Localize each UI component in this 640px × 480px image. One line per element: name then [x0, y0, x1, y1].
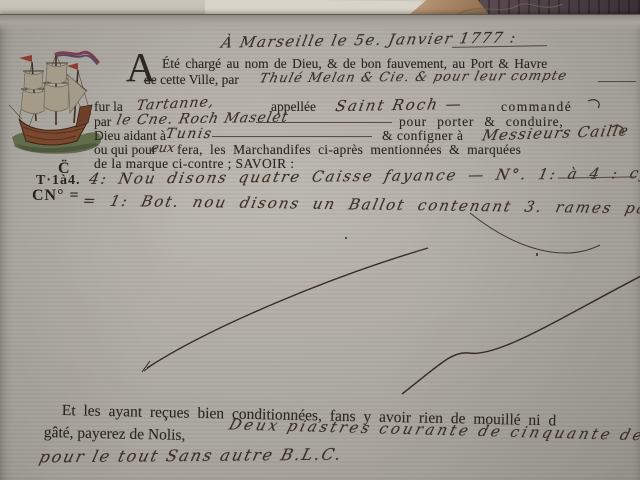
printed-commande: commandé — [501, 99, 572, 115]
hw-destination: Tunis — [165, 126, 214, 142]
hw-closing: pour le tout Sans autre B.L.C. — [37, 445, 345, 467]
footer-printed-2: gâté, payerez de Nolis, — [44, 424, 186, 445]
destination-rule — [212, 136, 372, 137]
mark-line-3: CN° = — [32, 187, 80, 205]
hw-shipper: Thulé Melan & Cie. & pour leur compte — [258, 69, 569, 87]
paper-crease — [0, 15, 640, 33]
ink-speck — [214, 175, 216, 177]
captain-rule — [256, 122, 392, 123]
ink-speck — [536, 253, 538, 256]
hw-freight: Deux piastres courante de cinquante deu — [227, 415, 640, 444]
cargo-line-2: = 1: Bot. nou disons un Ballot contenant… — [81, 191, 640, 218]
shipper-rule — [598, 81, 636, 82]
ship-illustration — [6, 49, 106, 161]
flag-fore — [19, 55, 32, 62]
printed-line-2: de cette Ville, par — [144, 72, 239, 88]
hw-eux: eux — [150, 141, 176, 156]
flag-mizzen — [67, 63, 78, 70]
shipping-document: À Marseille le 5e. Janvier 1777 : A Été … — [0, 14, 640, 480]
hw-vessel-name: Saint Roch — — [334, 95, 465, 115]
ink-speck — [345, 237, 347, 239]
date-line: À Marseille le 5e. Janvier 1777 : — [220, 28, 519, 51]
